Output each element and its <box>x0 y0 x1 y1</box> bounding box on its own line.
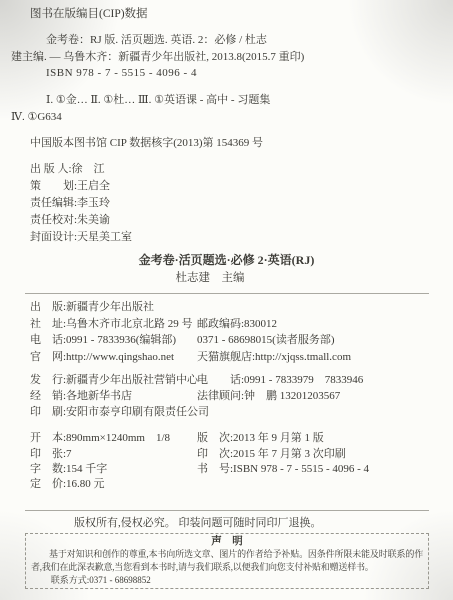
pub-cell-left: 印 张:7 <box>30 448 72 460</box>
pub-cell-right: 邮政编码:830012 <box>197 318 277 332</box>
staff-line-editor: 责任编辑:李玉玲 <box>30 197 110 211</box>
divider-top <box>25 293 429 294</box>
pub-cell-left: 发 行:新疆青少年出版社营销中心 <box>30 374 198 386</box>
staff-line-planner: 策 划:王启全 <box>30 180 110 194</box>
cip-header: 图书在版编目(CIP)数据 <box>30 7 148 21</box>
pub-cell-left: 定 价:16.80 元 <box>30 478 105 490</box>
staff-line-proofreader: 责任校对:朱美谕 <box>30 214 110 228</box>
pub-row-sheets: 印 张:7 印 次:2015 年 7 月第 3 次印刷 <box>30 448 434 462</box>
statement-contact: 联系方式:0371 - 68698852 <box>31 574 423 587</box>
cip-record-line-isbn: ISBN 978 - 7 - 5515 - 4096 - 4 <box>46 67 197 81</box>
pub-cell-left: 社 址:乌鲁木齐市北京北路 29 号 <box>30 318 193 330</box>
pub-row-wordcount: 字 数:154 千字 书 号:ISBN 978 - 7 - 5515 - 409… <box>30 463 434 477</box>
pub-cell-right: 法律顾问:钟 鹏 13201203567 <box>197 390 340 404</box>
pub-row-format: 开 本:890mm×1240mm 1/8 版 次:2013 年 9 月第 1 版 <box>30 432 434 446</box>
divider-bottom <box>25 510 429 511</box>
cip-record-line-2: 建主编. — 乌鲁木齐：新疆青少年出版社, 2013.8(2015.7 重印) <box>11 51 304 65</box>
statement-title: 声 明 <box>31 535 423 548</box>
pub-cell-left: 印 刷:安阳市泰亨印刷有限责任公司 <box>30 406 209 418</box>
copyright-line: 版权所有,侵权必究。 印装问题可随时同印厂退换。 <box>74 517 322 531</box>
pub-cell-left: 电 话:0991 - 7833936(编辑部) <box>30 334 176 346</box>
pub-cell-right: 印 次:2015 年 7 月第 3 次印刷 <box>197 448 346 462</box>
staff-line-cover-design: 封面设计:天星美工室 <box>30 231 132 245</box>
pub-row-retail: 经 销:各地新华书店 法律顾问:钟 鹏 13201203567 <box>30 390 434 404</box>
pub-cell-right: 0371 - 68698015(读者服务部) <box>197 334 335 348</box>
pub-cell-left: 官 网:http://www.qingshao.net <box>30 351 174 363</box>
pub-cell-left: 开 本:890mm×1240mm 1/8 <box>30 432 170 444</box>
pub-cell-left: 字 数:154 千字 <box>30 463 107 475</box>
pub-cell-left: 出 版:新疆青少年出版社 <box>30 301 154 313</box>
cip-classification-line-1: Ⅰ. ①金… Ⅱ. ①杜… Ⅲ. ①英语课 - 高中 - 习题集 <box>46 94 270 108</box>
pub-cell-left: 经 销:各地新华书店 <box>30 390 132 402</box>
pub-cell-right: 电 话:0991 - 7833979 7833946 <box>197 374 363 388</box>
cip-registry-line: 中国版本图书馆 CIP 数据核字(2013)第 154369 号 <box>30 137 263 151</box>
staff-line-publisher: 出 版 人:徐 江 <box>30 163 105 177</box>
pub-row-phone: 电 话:0991 - 7833936(编辑部) 0371 - 68698015(… <box>30 334 434 348</box>
statement-body: 基于对知识和创作的尊重,本书向所选文章、图片的作者给予补贴。因条件所限未能及时联… <box>31 548 423 574</box>
cip-classification-line-2: Ⅳ. ①G634 <box>11 111 62 125</box>
pub-cell-right: 书 号:ISBN 978 - 7 - 5515 - 4096 - 4 <box>197 463 369 477</box>
pub-row-address: 社 址:乌鲁木齐市北京北路 29 号 邮政编码:830012 <box>30 318 434 332</box>
book-title: 金考卷·活页题选·必修 2·英语(RJ) <box>0 253 453 268</box>
pub-cell-right: 天猫旗舰店:http://xjqss.tmall.com <box>197 351 351 365</box>
book-editor: 杜志建 主编 <box>0 271 420 285</box>
pub-cell-right: 版 次:2013 年 9 月第 1 版 <box>197 432 324 446</box>
pub-row-price: 定 价:16.80 元 <box>30 478 434 492</box>
pub-row-website: 官 网:http://www.qingshao.net 天猫旗舰店:http:/… <box>30 351 434 365</box>
statement-box: 声 明 基于对知识和创作的尊重,本书向所选文章、图片的作者给予补贴。因条件所限未… <box>25 533 429 589</box>
pub-row-publisher: 出 版:新疆青少年出版社 <box>30 301 434 315</box>
pub-row-printer: 印 刷:安阳市泰亨印刷有限责任公司 <box>30 406 434 420</box>
cip-record-line-1: 金考卷：RJ 版. 活页题选. 英语. 2：必修 / 杜志 <box>46 34 267 48</box>
colophon-page: 图书在版编目(CIP)数据 金考卷：RJ 版. 活页题选. 英语. 2：必修 /… <box>0 0 453 600</box>
pub-row-distribution: 发 行:新疆青少年出版社营销中心 电 话:0991 - 7833979 7833… <box>30 374 434 388</box>
